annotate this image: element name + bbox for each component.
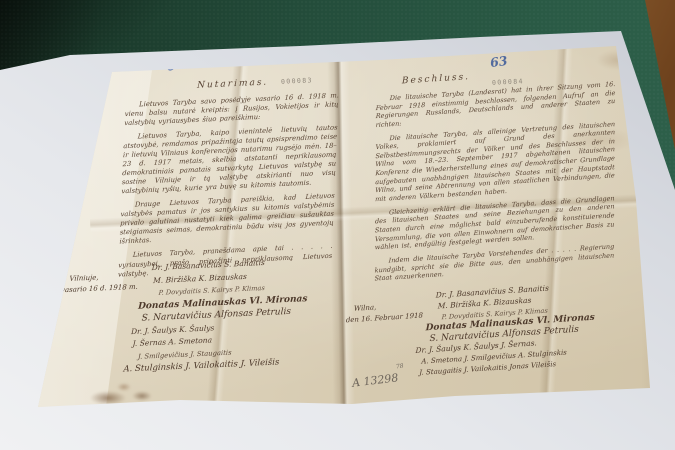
paragraph: Lietuvos Taryba, kaipo vienintelė lietuv… bbox=[121, 124, 337, 197]
dateline-lithuanian: Vilniuje, vasario 16 d. 1918 m. bbox=[69, 271, 139, 296]
signature-block-lithuanian: Vilniuje, vasario 16 d. 1918 m. Dr. J. B… bbox=[61, 252, 365, 378]
signature-rows: Dr. J. Basanavičius S. Banaitis M. Birži… bbox=[145, 252, 366, 375]
dateline-date: vasario 16 d. 1918 m. bbox=[61, 282, 138, 297]
photo-scene: 62 000083 63 000084 Nutarimas. Lietuvos … bbox=[0, 0, 675, 450]
page-german-text: Beschluss. Die litauische Taryba (Landes… bbox=[375, 63, 616, 288]
paragraph: Die litauische Taryba, als alleinige Ver… bbox=[375, 120, 615, 204]
blue-page-number-right: 63 bbox=[489, 53, 508, 70]
paragraph: Drauge Lietuvos Taryba pareiškia, kad Li… bbox=[119, 192, 335, 247]
signature-rows: Dr. J. Basanavičius S. Banaitis M. Birži… bbox=[435, 276, 669, 377]
paragraph: Lietuvos Taryba savo posėdyje vasario 16… bbox=[124, 91, 339, 128]
page-lithuanian-text: Nutarimas. Lietuvos Taryba savo posėdyje… bbox=[118, 74, 340, 284]
pencil-annotation-small: 78 bbox=[396, 363, 404, 371]
dateline-german: Wilna, den 16. Februar 1918 bbox=[354, 299, 423, 325]
